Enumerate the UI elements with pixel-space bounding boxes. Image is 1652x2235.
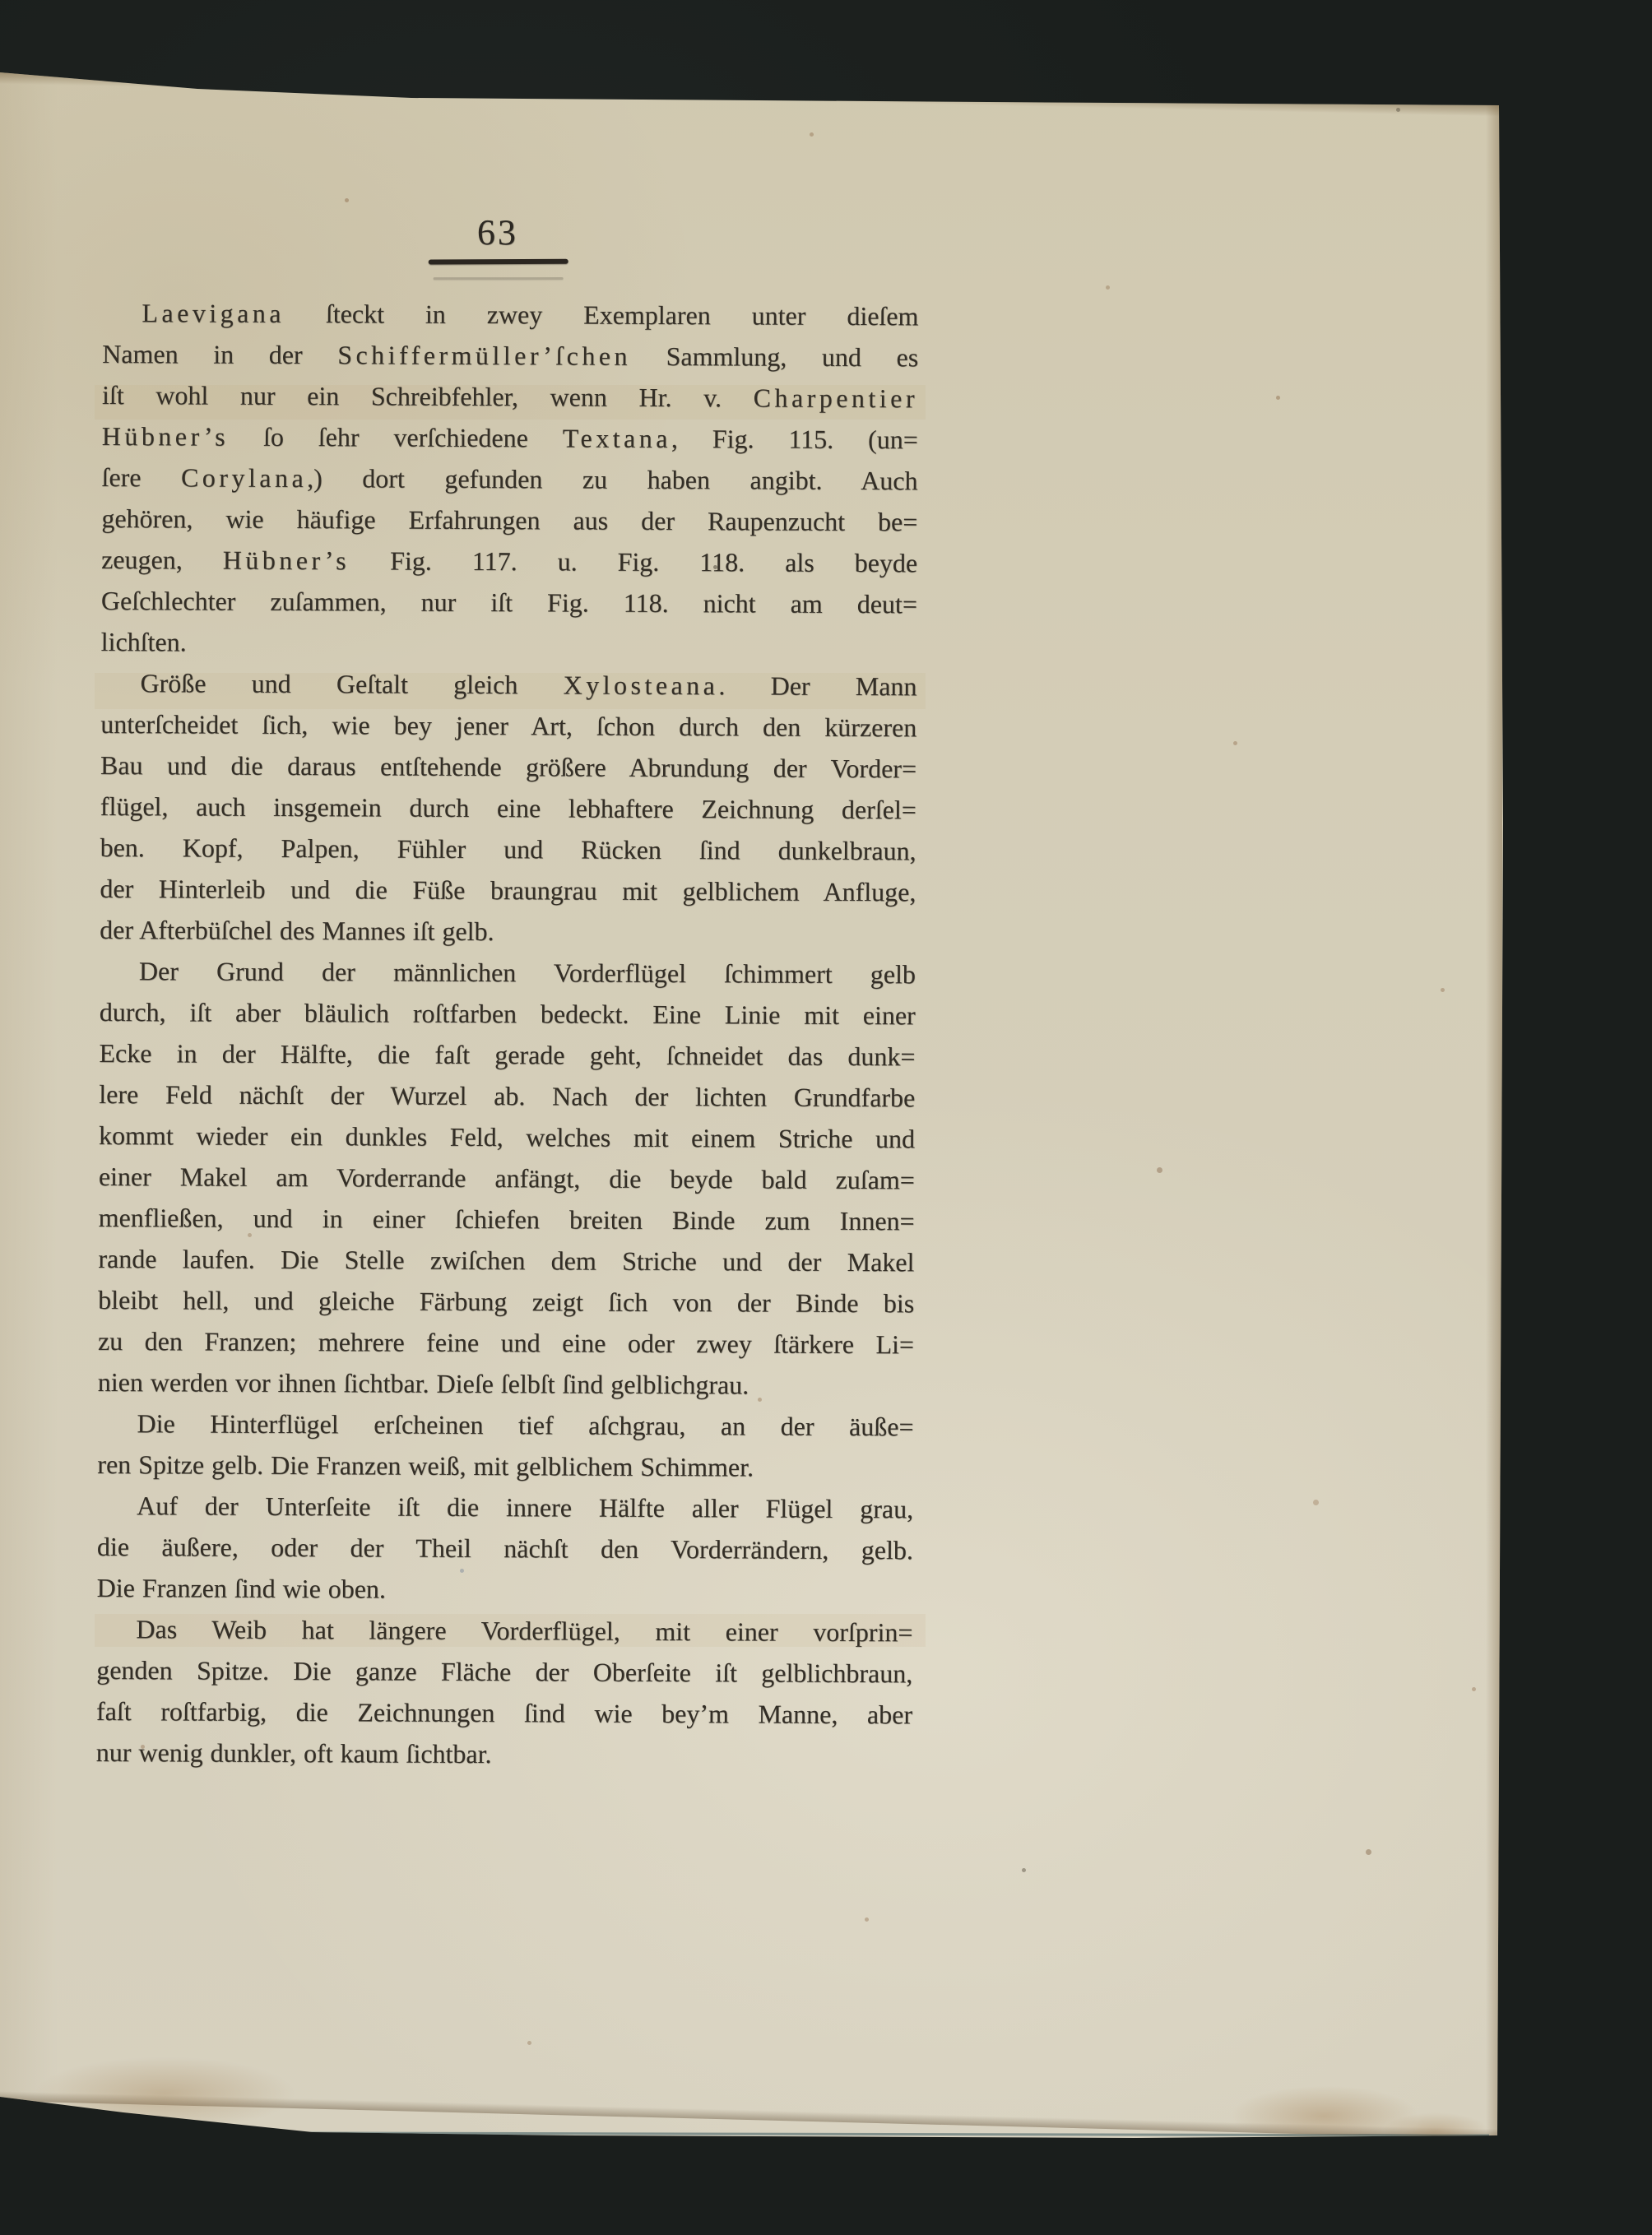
paper-stain — [33, 2056, 296, 2131]
text-line: genden Spitze. Die ganze Fläche der Ober… — [96, 1649, 912, 1694]
page-number-rule-ghost — [434, 277, 564, 280]
letterspaced-name: Hübner’s — [102, 421, 229, 452]
paper-specks — [0, 0, 2, 2]
text-line: kommt wieder ein dunkles Feld, welches m… — [99, 1115, 915, 1159]
text-line: iſt wohl nur ein Schreibfehler, wenn Hr.… — [102, 374, 918, 419]
paper-bottom-edge-shadow — [0, 2091, 1501, 2139]
text-line: lichſten. — [101, 621, 917, 665]
text-line: bleibt hell, und gleiche Färbung zeigt ſ… — [98, 1279, 914, 1324]
text-block: Laevigana ſteckt in zwey Exemplaren unte… — [96, 292, 919, 1776]
paper-right-edge-shadow — [1486, 104, 1502, 2135]
text-line: Das Weib hat längere Vorderflügel, mit e… — [96, 1608, 912, 1653]
paper-stain — [1230, 2085, 1419, 2147]
text-line: Geſchlechter zuſammen, nur iſt Fig. 118.… — [101, 580, 917, 624]
text-line: lere Feld nächſt der Wurzel ab. Nach der… — [99, 1073, 915, 1118]
text-line: Die Hinterflügel erſcheinen tief aſchgra… — [97, 1403, 913, 1447]
text-line: nien werden vor ihnen ſichtbar. Dieſe ſe… — [98, 1361, 914, 1406]
text-line: menfließen, und in einer ſchiefen breite… — [99, 1197, 915, 1241]
letterspaced-name: Textana — [563, 423, 671, 453]
text-line: Der Grund der männlichen Vorderflügel ſc… — [100, 950, 916, 995]
printed-content: 63 Laevigana ſteckt in zwey Exemplaren u… — [103, 210, 919, 213]
paper-top-edge-shadow — [0, 71, 1507, 117]
text-line: unterſcheidet ſich, wie bey jener Art, ſ… — [100, 703, 916, 748]
letterspaced-name: Corylana — [181, 462, 307, 493]
letterspaced-name: Laevigana — [142, 298, 285, 328]
letterspaced-name: Hübner’s — [223, 545, 350, 576]
text-line: ſere Corylana,) dort gefunden zu haben a… — [101, 457, 917, 501]
letterspaced-name: Schiffermüller’ſchen — [337, 340, 631, 371]
text-line: Laevigana ſteckt in zwey Exemplaren unte… — [102, 292, 918, 336]
paper-bottom-edge-line — [296, 2131, 1489, 2136]
text-line: einer Makel am Vorderrande anfängt, die … — [99, 1156, 915, 1200]
text-line: ren Spitze gelb. Die Franzen weiß, mit g… — [97, 1444, 913, 1488]
text-line: Auf der Unterſeite iſt die innere Hälfte… — [97, 1485, 913, 1529]
text-line: Ecke in der Hälfte, die faſt gerade geht… — [99, 1032, 915, 1077]
text-line: der Afterbüſchel des Mannes iſt gelb. — [100, 909, 916, 953]
text-line: gehören, wie häufige Erfahrungen aus der… — [101, 498, 917, 542]
text-line: zeugen, Hübner’s Fig. 117. u. Fig. 118. … — [101, 539, 917, 583]
text-line: Bau und die daraus entſtehende größere A… — [100, 744, 916, 789]
text-line: Namen in der Schiffermüller’ſchen Sammlu… — [102, 333, 918, 378]
text-line: Die Franzen ſind wie oben. — [97, 1567, 913, 1611]
text-line: die äußere, oder der Theil nächſt den Vo… — [97, 1526, 913, 1570]
page-number-rule — [429, 259, 568, 265]
page-number: 63 — [432, 211, 564, 254]
text-line: nur wenig dunkler, oft kaum ſichtbar. — [96, 1732, 912, 1776]
scanned-book-page: 63 Laevigana ſteckt in zwey Exemplaren u… — [0, 0, 1652, 2235]
text-line: ben. Kopf, Palpen, Fühler und Rücken ſin… — [100, 827, 916, 871]
text-line: der Hinterleib und die Füße braungrau mi… — [100, 868, 916, 912]
letterspaced-name: Xylosteana — [564, 670, 719, 700]
text-line: flügel, auch insgemein durch eine lebhaf… — [100, 786, 916, 830]
text-line: rande laufen. Die Stelle zwiſchen dem St… — [98, 1238, 914, 1282]
paper: 63 Laevigana ſteckt in zwey Exemplaren u… — [0, 0, 1506, 2143]
text-line: Hübner’s ſo ſehr verſchiedene Textana, F… — [102, 415, 918, 460]
letterspaced-name: Charpentier — [754, 383, 918, 413]
paper-stain — [1382, 2112, 1489, 2149]
text-line: faſt roſtfarbig, die Zeichnungen ſind wi… — [96, 1690, 912, 1735]
text-line: zu den Franzen; mehrere feine und eine o… — [98, 1320, 914, 1365]
text-line: Größe und Geſtalt gleich Xylosteana. Der… — [100, 662, 916, 707]
text-line: durch, iſt aber bläulich roſtfarben bede… — [100, 991, 916, 1036]
